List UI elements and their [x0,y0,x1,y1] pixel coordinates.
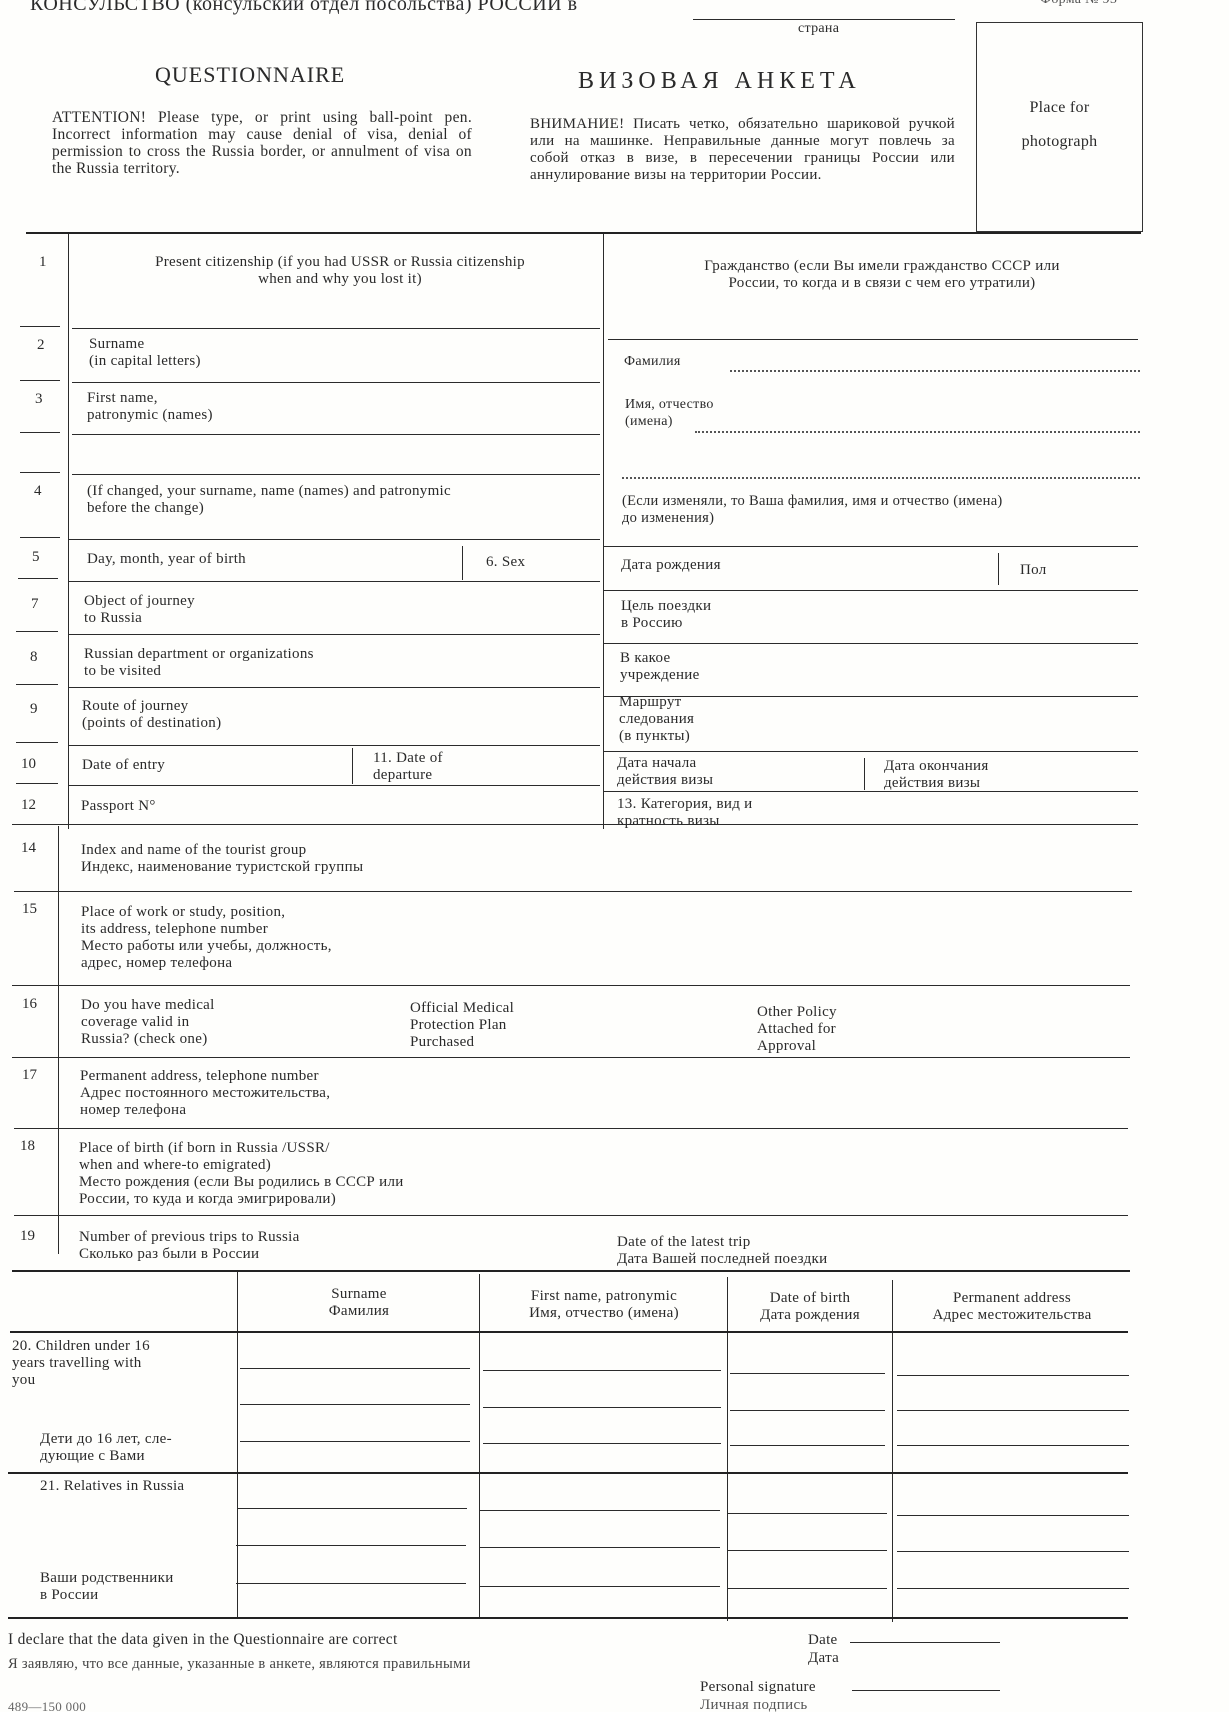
declaration-en: I declare that the data given in the Que… [8,1631,398,1648]
declaration-ru: Я заявляю, что все данные, указанные в а… [8,1656,471,1673]
field-16-option-other[interactable]: Other Policy Attached for Approval [757,1004,837,1055]
row-21-address-cells[interactable] [896,1482,1128,1622]
horizontal-rule [20,326,60,327]
attention-ru: ВНИМАНИЕ! Писать четко, обязательно шари… [530,116,955,184]
date-label-ru: Дата [808,1650,839,1667]
field-18-label: Place of birth (if born in Russia /USSR/… [79,1140,404,1208]
field-19-label: Number of previous trips to Russia Сколь… [79,1229,300,1263]
field-1-label-en: Present citizenship (if you had USSR or … [80,254,600,288]
field-16-label: Do you have medical coverage valid in Ru… [81,997,215,1048]
horizontal-rule [10,1331,1128,1333]
signature-input-line[interactable] [852,1690,1000,1691]
title-en: QUESTIONNAIRE [155,62,345,88]
table-header-address: Permanent address Адрес местожительства [896,1290,1128,1324]
date-label-en: Date [808,1632,838,1649]
row-20-first-name-cells[interactable] [483,1336,725,1446]
horizontal-rule [16,742,58,743]
field-8-label-ru: В какое учреждение [620,650,700,684]
field-7-label-en: Object of journey to Russia [84,593,195,627]
row-21-first-name-cells[interactable] [483,1478,725,1618]
field-14-number: 14 [21,840,36,857]
horizontal-rule [16,631,58,632]
field-6-label-ru: Пол [1020,562,1047,579]
field-7-number: 7 [31,596,39,613]
horizontal-rule [20,537,60,538]
table-header-dob: Date of birth Дата рождения [730,1290,890,1324]
consulate-line: КОНСУЛЬСТВО (консульский отдел посольств… [30,0,578,13]
form-number: Форма № 95 [1040,0,1117,8]
table-header-surname: Surname Фамилия [240,1286,478,1320]
field-17-label: Permanent address, telephone number Адре… [80,1068,330,1119]
field-9-label-en: Route of journey (points of destination) [82,698,221,732]
date-input-line[interactable] [850,1642,1000,1643]
horizontal-rule [12,824,1138,825]
field-17-number: 17 [22,1067,37,1084]
signature-label-ru: Личная подпись [700,1697,808,1712]
vertical-rule [352,748,353,784]
field-5-label-en: Day, month, year of birth [87,551,246,568]
field-14-label: Index and name of the tourist group Инде… [81,842,363,876]
photo-box: Place for photograph [976,22,1143,232]
horizontal-rule [14,891,1132,892]
horizontal-rule [72,328,600,329]
horizontal-rule [68,539,600,540]
attention-en: ATTENTION! Please type, or print using b… [52,109,472,177]
field-4-label-en: (If changed, your surname, name (names) … [87,483,599,517]
field-4-label-ru: (Если изменяли, то Ваша фамилия, имя и о… [622,493,1137,527]
horizontal-rule [603,643,1138,644]
row-20-label-en: 20. Children under 16 years travelling w… [12,1338,227,1389]
field-10-number: 10 [21,756,36,773]
field-1-input-en[interactable] [72,292,600,322]
field-11-label-en: 11. Date of departure [373,750,443,784]
horizontal-rule [12,1270,1130,1272]
horizontal-rule [68,634,600,635]
field-8-label-en: Russian department or organizations to b… [84,646,314,680]
row-20-label-ru: Дети до 16 лет, сле- дующие с Вами [40,1431,230,1465]
field-7-label-ru: Цель поездки в Россию [621,598,711,632]
horizontal-rule [20,380,60,381]
horizontal-rule [68,687,600,688]
center-divider [603,234,604,829]
field-4-number: 4 [34,483,42,500]
field-12-label-en: Passport N° [81,798,156,815]
field-3-number: 3 [35,391,43,408]
field-9-number: 9 [30,701,38,718]
horizontal-rule [16,684,58,685]
row-20-dob-cells[interactable] [730,1338,890,1448]
title-ru: ВИЗОВАЯ АНКЕТА [578,68,861,95]
horizontal-rule [68,785,600,786]
field-6-label-en: 6. Sex [486,554,525,571]
print-code: 489—150 000 [8,1698,86,1712]
field-1-label-ru: Гражданство (если Вы имели гражданство С… [622,258,1142,292]
row-20-address-cells[interactable] [896,1340,1128,1450]
field-9-label-ru: Маршрут следования (в пункты) [619,694,694,745]
field-19-number: 19 [20,1228,35,1245]
field-15-label: Place of work or study, position, its ad… [81,904,332,972]
horizontal-rule [14,1128,1128,1129]
country-caption: страна [798,20,839,37]
vertical-rule [237,1272,238,1617]
horizontal-rule [8,1472,1128,1474]
horizontal-rule [608,339,1138,340]
horizontal-rule [8,1617,1128,1619]
field-19-latest-trip-label: Date of the latest trip Дата Вашей после… [617,1234,827,1268]
field-5-label-ru: Дата рождения [621,557,721,574]
field-15-number: 15 [22,901,37,918]
horizontal-rule [12,1057,1130,1058]
vertical-rule [998,553,999,585]
horizontal-rule [72,434,600,435]
horizontal-rule [603,791,1138,792]
field-1-input-ru[interactable] [608,296,1138,334]
horizontal-rule [72,474,600,475]
horizontal-rule [603,751,1138,752]
field-2-label-ru: Фамилия [624,353,681,370]
field-8-number: 8 [30,649,38,666]
row-21-label-ru: Ваши родственники в России [40,1570,220,1604]
horizontal-rule [72,382,600,383]
field-10-label-en: Date of entry [82,757,165,774]
photo-box-label: Place for photograph [977,99,1142,150]
field-3-label-ru: Имя, отчество (имена) [625,396,714,430]
field-5-number: 5 [32,549,40,566]
row-21-dob-cells[interactable] [730,1480,890,1620]
horizontal-rule [20,472,60,473]
field-1-number: 1 [39,254,47,271]
row-21-label-en: 21. Relatives in Russia [40,1478,184,1495]
field-2-dotted-line[interactable] [730,370,1140,372]
field-11-label-ru: Дата окончания действия визы [884,758,989,792]
vertical-rule [864,758,865,790]
field-3-dotted-line-2[interactable] [622,477,1140,479]
horizontal-rule [18,578,58,579]
row-21-surname-cells[interactable] [240,1476,476,1616]
field-2-number: 2 [37,337,45,354]
horizontal-rule [603,590,1138,591]
field-2-label-en: Surname (in capital letters) [89,336,201,370]
field-12-number: 12 [21,797,36,814]
row-20-surname-cells[interactable] [240,1334,476,1444]
horizontal-rule [603,546,1138,547]
number-column-divider [68,234,69,829]
vertical-rule [727,1277,728,1621]
vertical-rule [479,1274,480,1619]
horizontal-rule [16,783,58,784]
field-16-number: 16 [22,996,37,1013]
field-3-label-en: First name, patronymic (names) [87,390,213,424]
field-3-input-extra[interactable] [72,436,600,472]
field-18-number: 18 [20,1138,35,1155]
horizontal-rule [14,1215,1128,1216]
top-rule [26,232,1141,234]
field-16-option-official[interactable]: Official Medical Protection Plan Purchas… [410,1000,514,1051]
horizontal-rule [68,745,600,746]
field-10-label-ru: Дата начала действия визы [617,755,713,789]
horizontal-rule [12,985,1130,986]
horizontal-rule [68,581,600,582]
table-header-first-name: First name, patronymic Имя, отчество (им… [482,1288,726,1322]
horizontal-rule [20,432,60,433]
vertical-rule [462,546,463,580]
field-3-dotted-line[interactable] [695,431,1140,433]
signature-label-en: Personal signature [700,1679,816,1696]
